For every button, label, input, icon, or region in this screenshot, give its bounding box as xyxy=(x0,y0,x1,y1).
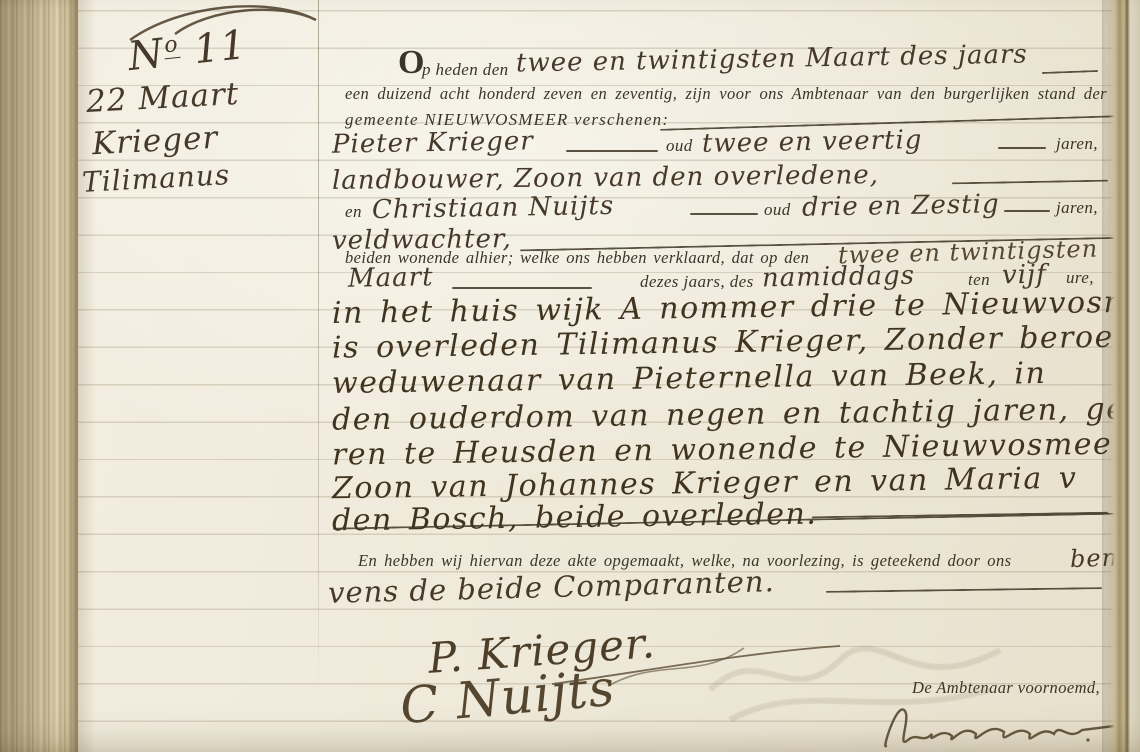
declarant1-age: twee en veertig xyxy=(702,125,923,159)
filler-line xyxy=(826,587,1102,593)
filler-line xyxy=(452,287,592,289)
death-month-handwritten: Maart xyxy=(348,262,434,293)
filler-line xyxy=(690,213,758,215)
margin-given-name: Tilimanus xyxy=(81,158,231,199)
oud-label: oud xyxy=(666,136,693,156)
margin-date: 22 Maart xyxy=(85,76,240,120)
death-record-scan: No 11 22 Maart Krieger Tilimanus O p hed… xyxy=(0,0,1140,752)
filler-line xyxy=(1042,70,1098,74)
en-label: en xyxy=(345,202,362,222)
book-page-edges xyxy=(0,0,78,752)
jaren-label: jaren, xyxy=(1056,134,1098,154)
declarant2-name: Christiaan Nuijts xyxy=(372,191,615,225)
parents-line-2: den Bosch, beide overleden. xyxy=(332,497,818,539)
opening-printed: p heden den xyxy=(422,60,509,80)
year-printed-line: een duizend acht honderd zeven en zevent… xyxy=(345,84,1107,104)
filler-line xyxy=(566,150,658,152)
margin-divider-rule xyxy=(318,0,319,700)
jaren-label: jaren, xyxy=(1056,198,1098,218)
margin-surname: Krieger xyxy=(91,120,219,163)
declarant2-age: drie en Zestig xyxy=(802,189,1000,222)
date-words-handwritten: twee en twintigsten Maart des jaars xyxy=(516,40,1028,79)
declarant1-name: Pieter Krieger xyxy=(332,126,534,160)
dezes-jaars-printed: dezes jaars, des xyxy=(640,272,754,292)
filler-line xyxy=(1004,210,1050,212)
filler-line xyxy=(952,180,1108,185)
filler-line xyxy=(998,147,1046,149)
opening-initial: O xyxy=(398,44,425,82)
oud-label: oud xyxy=(764,200,791,220)
page-right-edge xyxy=(1102,0,1140,752)
reverse-side-showthrough xyxy=(700,600,1020,730)
